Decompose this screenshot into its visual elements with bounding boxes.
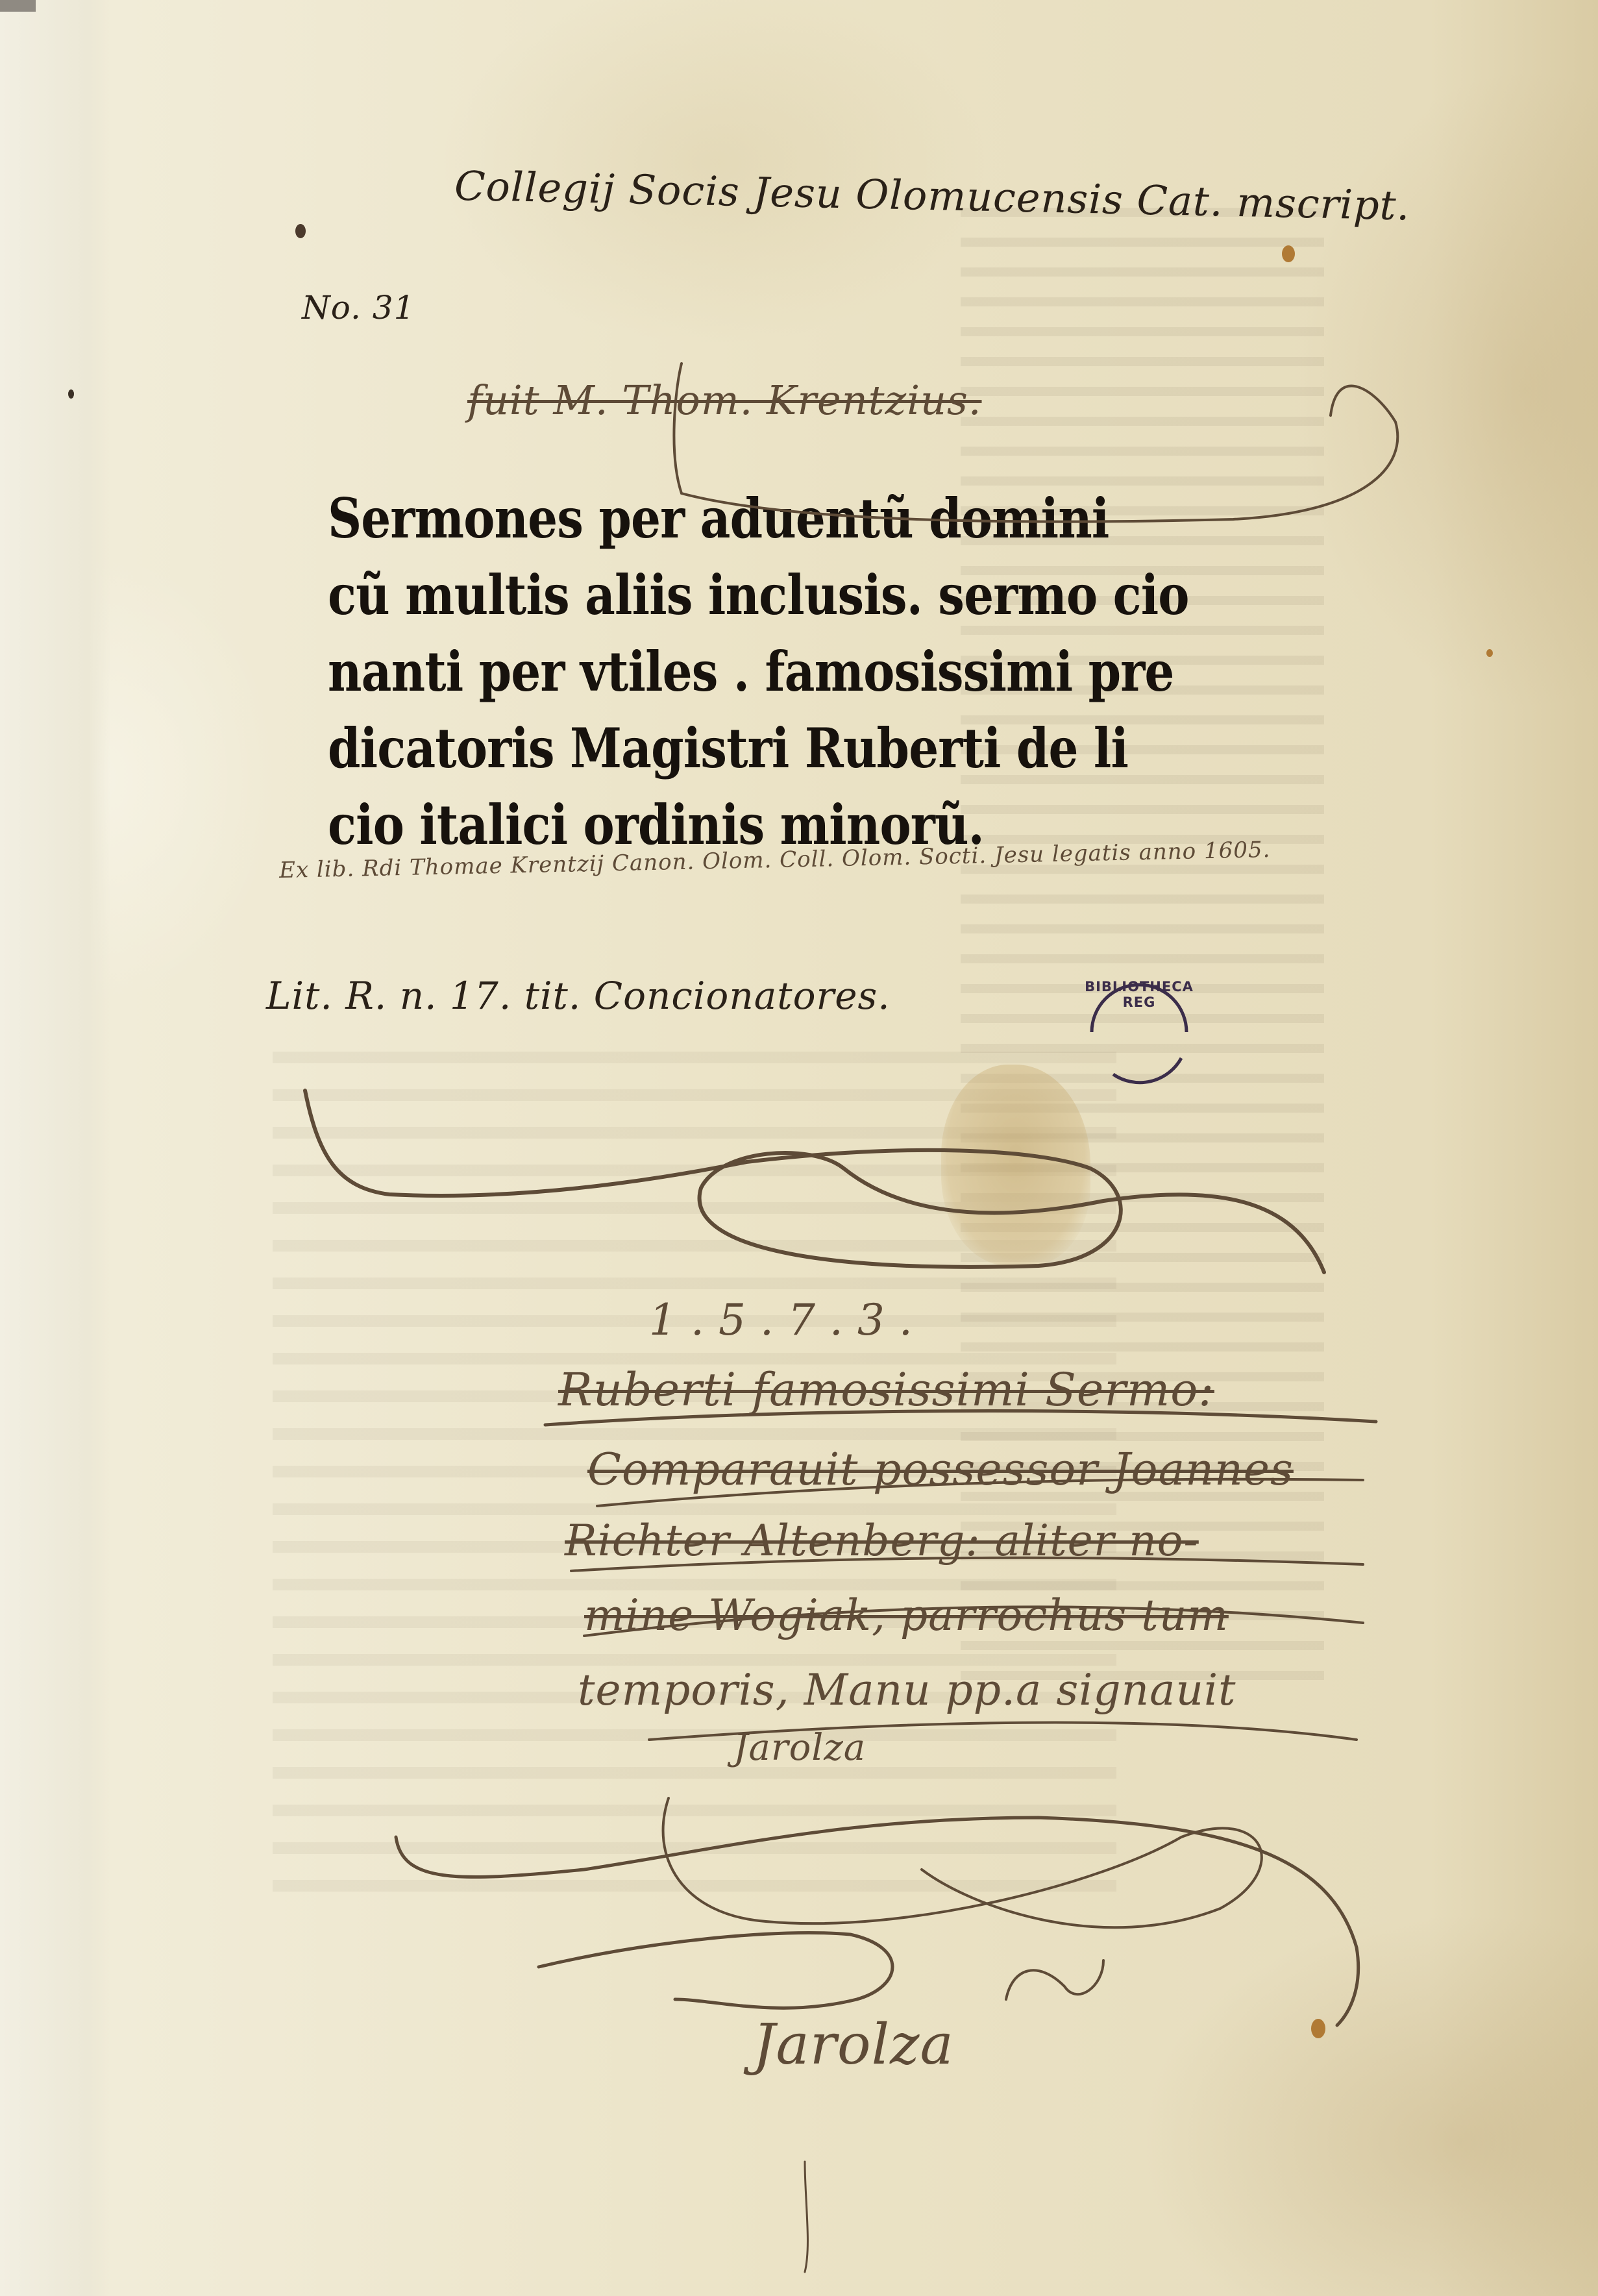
- provenance-line: Comparauit possessor Joannes: [587, 1444, 1294, 1496]
- provenance-year: 1.5.7.3.: [649, 1295, 927, 1345]
- provenance-signature: Jarolza: [733, 1727, 866, 1769]
- provenance-line: mine Wogiak, parrochus tum: [584, 1590, 1229, 1640]
- manuscript-page: Collegij Socis Jesu Olomucensis Cat. msc…: [0, 0, 1598, 2296]
- provenance-line: Richter Altenberg: aliter no-: [565, 1516, 1199, 1566]
- provenance-line: temporis, Manu pp.a signauit: [578, 1665, 1236, 1715]
- pen-flourishes: [0, 0, 1598, 2296]
- signature: Jarolza: [753, 2012, 954, 2077]
- provenance-line: Ruberti famosissimi Sermo:: [558, 1363, 1214, 1416]
